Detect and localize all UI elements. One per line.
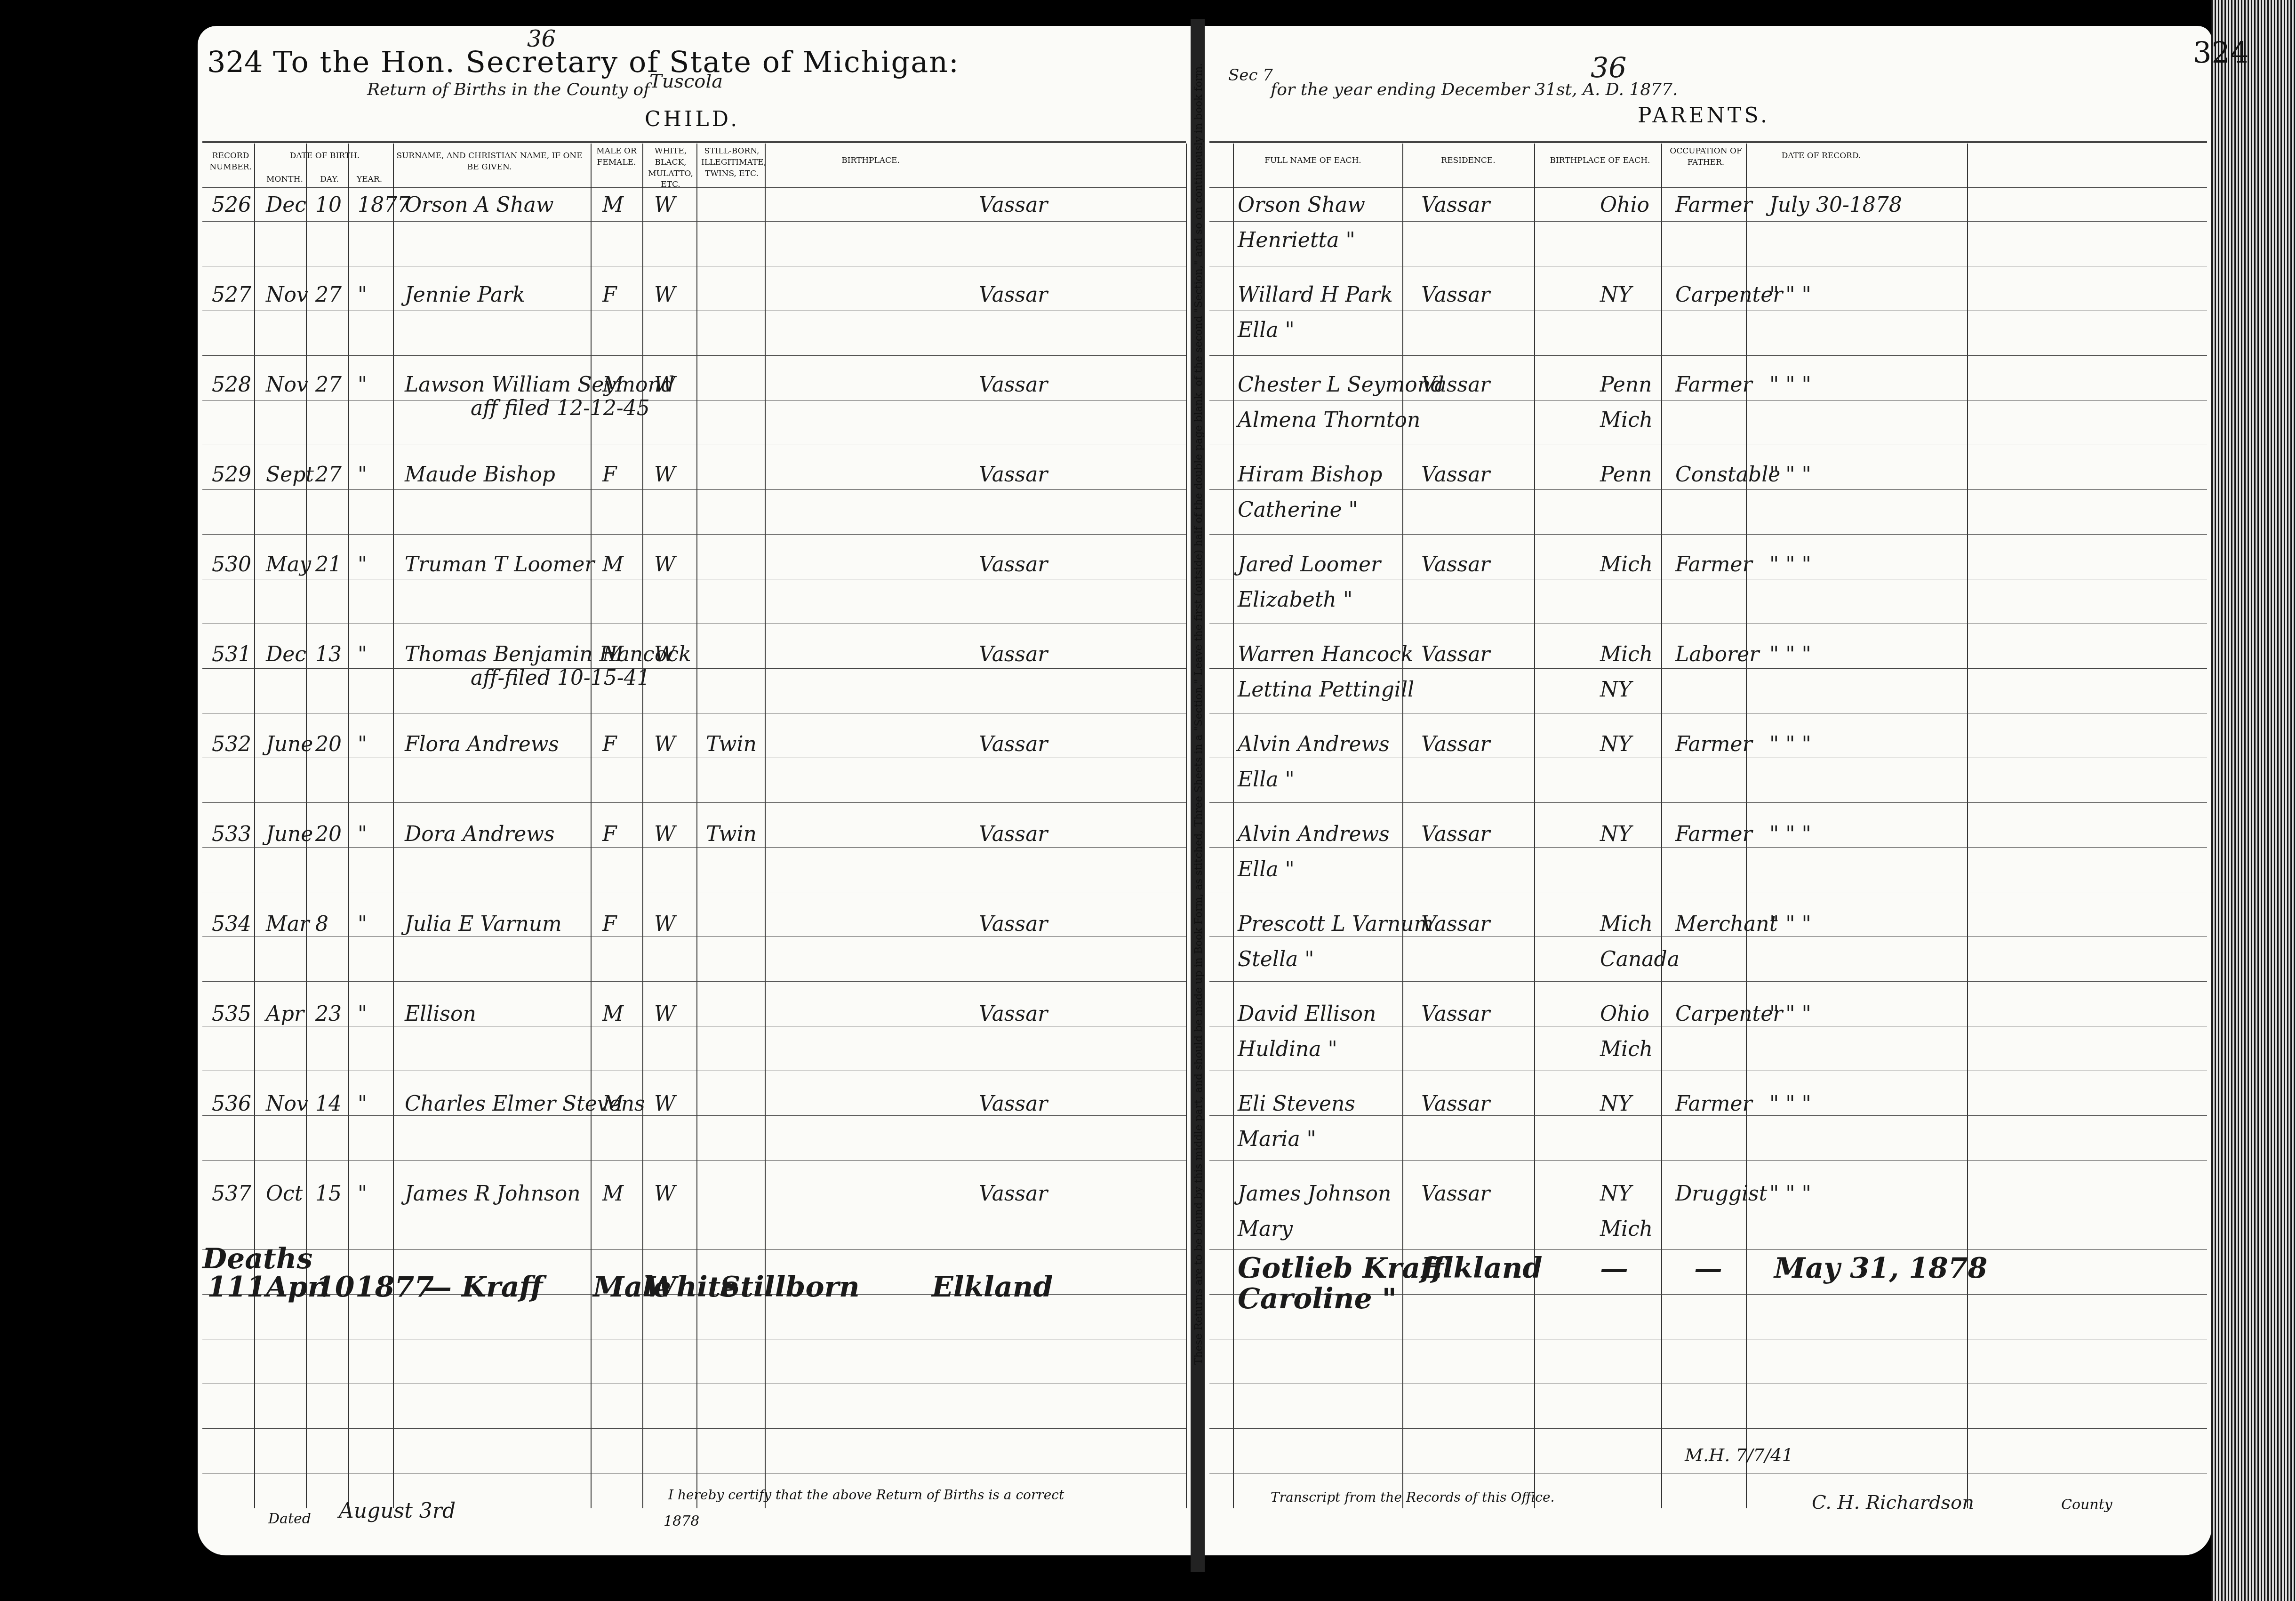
birth-month: Nov (266, 283, 308, 307)
birth-day: 13 (315, 642, 342, 666)
ruled-line (202, 1071, 1186, 1071)
ruled-line (1209, 668, 2207, 669)
ruled-line (202, 758, 1186, 758)
child-race: W (654, 1002, 675, 1026)
child-section-title: CHILD. (645, 107, 740, 131)
col-surname: Surname, and Christian Name, if one be g… (395, 151, 584, 173)
date-of-record: " " " (1769, 373, 1811, 397)
county-label: Return of Births in the County of (367, 80, 649, 99)
ruled-line (1209, 937, 2207, 937)
birth-year: " (358, 283, 367, 307)
ruled-line (1209, 355, 2207, 356)
birth-month: Dec (266, 193, 306, 217)
mother-name: Elizabeth " (1238, 588, 1352, 612)
mother-name: Stella " (1238, 947, 1314, 971)
parents-residence: Vassar (1421, 912, 1490, 936)
record-number: 527 (212, 283, 251, 307)
binding-instructions: These Returns are to be bound by this mi… (1193, 235, 1205, 1365)
record-number: 529 (212, 463, 251, 487)
birth-year: 1877 (358, 193, 410, 217)
col-date-of-record: Date of Record. (1751, 151, 1892, 162)
affidavit-note: aff filed 12-12-45 (471, 396, 650, 420)
ruled-line (1209, 1473, 2207, 1473)
child-race: W (654, 912, 675, 936)
birth-year: " (358, 1182, 367, 1206)
mother-birthplace: Canada (1600, 947, 1680, 971)
mother-birthplace: Mich (1600, 1037, 1653, 1061)
parents-residence: Vassar (1421, 732, 1490, 756)
father-name: Alvin Andrews (1238, 732, 1390, 756)
date-of-record: " " " (1769, 732, 1811, 756)
ruled-line (1209, 981, 2207, 982)
parents-residence: Vassar (1421, 1182, 1490, 1206)
child-sex: M (602, 1182, 624, 1206)
ruled-line (202, 668, 1186, 669)
ruled-line (202, 1249, 1186, 1250)
death-year: 1877 (355, 1271, 434, 1304)
child-sex: F (602, 283, 617, 307)
margin-note: Sec 7 (1228, 66, 1273, 85)
father-birthplace: Mich (1600, 912, 1653, 936)
col-date-of-birth: Date of Birth. (264, 151, 386, 162)
birth-day: 8 (315, 912, 328, 936)
ruled-line (202, 713, 1186, 713)
child-name: Maude Bishop (405, 463, 555, 487)
parents-residence: Vassar (1421, 1002, 1490, 1026)
birth-year: " (358, 373, 367, 397)
column-divider (642, 144, 643, 1508)
ruled-line (1209, 400, 2207, 400)
col-year: Year. (353, 174, 386, 185)
child-name: Thomas Benjamin Hancock (405, 642, 691, 666)
father-occupation: Constable (1675, 463, 1780, 487)
column-divider (1534, 144, 1535, 1508)
birth-day: 10 (315, 193, 342, 217)
birth-month: Mar (266, 912, 309, 936)
father-birthplace: NY (1600, 283, 1632, 307)
father-birthplace: NY (1600, 822, 1632, 846)
birth-day: 20 (315, 732, 342, 756)
child-status: Twin (706, 732, 757, 756)
ruled-line (202, 400, 1186, 400)
father-birthplace: NY (1600, 1092, 1632, 1116)
mother-birthplace: Mich (1600, 408, 1653, 432)
child-race: W (654, 1182, 675, 1206)
child-race: W (654, 463, 675, 487)
child-sex: M (602, 1092, 624, 1116)
date-of-record: " " " (1769, 642, 1811, 666)
date-of-record: " " " (1769, 822, 1811, 846)
parents-residence: Vassar (1421, 642, 1490, 666)
col-birthplace: Birthplace. (800, 155, 941, 167)
death-birthplace: Elkland (932, 1271, 1053, 1304)
record-number: 530 (212, 552, 251, 576)
mother-name: Henrietta " (1238, 228, 1355, 252)
col-month: Month. (264, 174, 306, 185)
record-number: 526 (212, 193, 251, 217)
record-number: 533 (212, 822, 251, 846)
header-bottom-rule (202, 187, 1186, 188)
ruled-line (202, 355, 1186, 356)
mother-name: Mary (1238, 1217, 1293, 1241)
child-birthplace: Vassar (979, 193, 1048, 217)
ruled-line (1209, 489, 2207, 490)
child-sex: M (602, 1002, 624, 1026)
birth-year: " (358, 912, 367, 936)
child-birthplace: Vassar (979, 283, 1048, 307)
footer-annotation: M.H. 7/7/41 (1685, 1445, 1793, 1465)
ruled-line (1209, 1428, 2207, 1429)
father-birthplace: NY (1600, 732, 1632, 756)
child-birthplace: Vassar (979, 552, 1048, 576)
col-race: White, Black, Mulatto, Etc. (645, 146, 696, 191)
child-race: W (654, 732, 675, 756)
record-number: 536 (212, 1092, 251, 1116)
birth-day: 21 (315, 552, 342, 576)
father-occupation: Carpenter (1675, 283, 1783, 307)
mother-name: Lettina Pettingill (1238, 678, 1414, 702)
parents-residence: Vassar (1421, 822, 1490, 846)
parents-section-title: PARENTS. (1638, 104, 1770, 128)
birth-day: 27 (315, 463, 342, 487)
father-name: Hiram Bishop (1238, 463, 1382, 487)
birth-year: " (358, 552, 367, 576)
mother-name: Almena Thornton (1238, 408, 1420, 432)
birth-day: 27 (315, 373, 342, 397)
child-sex: F (602, 912, 617, 936)
death-residence: Elkland (1421, 1252, 1542, 1285)
father-name: Warren Hancock (1238, 642, 1413, 666)
father-occupation: Farmer (1675, 1092, 1752, 1116)
ruled-line (202, 1026, 1186, 1026)
ruled-line (202, 221, 1186, 222)
child-birthplace: Vassar (979, 373, 1048, 397)
header-rule (202, 141, 1186, 143)
date-of-record: " " " (1769, 552, 1811, 576)
father-occupation: Carpenter (1675, 1002, 1783, 1026)
ruled-line (202, 311, 1186, 311)
ruled-line (202, 1384, 1186, 1384)
father-occupation: Farmer (1675, 822, 1752, 846)
footer-year: 1878 (664, 1513, 699, 1529)
father-occupation: Laborer (1675, 642, 1759, 666)
ruled-line (202, 937, 1186, 937)
col-occupation: Occupation of Father. (1666, 146, 1746, 168)
father-name: Jared Loomer (1238, 552, 1381, 576)
column-divider (696, 144, 697, 1508)
child-sex: F (602, 463, 617, 487)
father-name: David Ellison (1238, 1002, 1376, 1026)
certify-statement: I hereby certify that the above Return o… (668, 1487, 1064, 1503)
birth-month: May (266, 552, 311, 576)
mother-name: Maria " (1238, 1127, 1316, 1151)
ruled-line (202, 1160, 1186, 1161)
mother-birthplace: NY (1600, 678, 1632, 702)
ruled-line (1209, 221, 2207, 222)
child-sex: F (602, 732, 617, 756)
dated-value: August 3rd (339, 1499, 456, 1523)
child-birthplace: Vassar (979, 912, 1048, 936)
ruled-line (202, 1339, 1186, 1339)
column-divider (591, 144, 592, 1508)
death-mother: Caroline " (1238, 1282, 1397, 1315)
child-race: W (654, 552, 675, 576)
child-sex: F (602, 822, 617, 846)
ruled-line (1209, 1160, 2207, 1161)
date-of-record: " " " (1769, 1092, 1811, 1116)
date-of-record: " " " (1769, 1182, 1811, 1206)
death-day: 10 (315, 1271, 355, 1304)
ruled-line (202, 802, 1186, 803)
child-name: Lawson William Seymond (405, 373, 674, 397)
ruled-line (1209, 534, 2207, 535)
child-race: W (654, 193, 675, 217)
child-race: W (654, 822, 675, 846)
father-name: James Johnson (1238, 1182, 1391, 1206)
parents-residence: Vassar (1421, 463, 1490, 487)
child-name: Jennie Park (405, 283, 525, 307)
column-divider (1186, 144, 1187, 1508)
father-birthplace: Ohio (1600, 1002, 1649, 1026)
father-name: Chester L Seymond (1238, 373, 1444, 397)
record-number: 535 (212, 1002, 251, 1026)
death-status: Stillborn (720, 1271, 860, 1304)
left-page-number: 324 (207, 45, 263, 79)
ruled-line (1209, 624, 2207, 624)
county-name: Tuscola (649, 71, 723, 92)
child-name: Truman T Loomer (405, 552, 594, 576)
birth-month: Nov (266, 373, 308, 397)
ruled-line (202, 624, 1186, 624)
child-name: James R Johnson (405, 1182, 581, 1206)
child-race: W (654, 283, 675, 307)
father-occupation: Merchant (1675, 912, 1777, 936)
birth-month: Nov (266, 1092, 308, 1116)
death-occupation: — (1694, 1252, 1722, 1285)
date-of-record: " " " (1769, 912, 1811, 936)
ruled-line (1209, 1339, 2207, 1339)
ruled-line (202, 892, 1186, 892)
parents-residence: Vassar (1421, 1092, 1490, 1116)
dated-label: Dated (268, 1511, 311, 1527)
col-sex: Male or Female. (593, 146, 640, 168)
father-name: Prescott L Varnum (1238, 912, 1433, 936)
mother-name: Ella " (1238, 857, 1295, 881)
child-sex: M (602, 373, 624, 397)
column-divider (1967, 144, 1968, 1508)
ruled-line (202, 489, 1186, 490)
birth-month: June (266, 822, 313, 846)
mother-name: Catherine " (1238, 498, 1358, 522)
mother-birthplace: Mich (1600, 1217, 1653, 1241)
birth-day: 23 (315, 1002, 342, 1026)
date-of-record: " " " (1769, 1002, 1811, 1026)
date-of-record: " " " (1769, 283, 1811, 307)
column-divider (393, 144, 394, 1508)
ruled-line (1209, 802, 2207, 803)
child-name: Dora Andrews (405, 822, 555, 846)
header-bottom-rule-right (1209, 187, 2207, 188)
ruled-line (202, 579, 1186, 579)
date-of-record: July 30-1878 (1769, 193, 1902, 217)
left-handwritten-number: 36 (527, 26, 556, 52)
birth-year: " (358, 732, 367, 756)
father-occupation: Farmer (1675, 552, 1752, 576)
child-name: Ellison (405, 1002, 476, 1026)
mother-name: Ella " (1238, 768, 1295, 792)
col-day: Day. (311, 174, 348, 185)
father-name: Willard H Park (1238, 283, 1393, 307)
birth-year: " (358, 1002, 367, 1026)
father-occupation: Farmer (1675, 193, 1752, 217)
child-birthplace: Vassar (979, 1182, 1048, 1206)
ruled-line (1209, 1026, 2207, 1026)
child-name: Julia E Varnum (405, 912, 562, 936)
column-divider (254, 144, 255, 1508)
column-divider (1661, 144, 1662, 1508)
column-divider (348, 144, 349, 1508)
col-parent-full-name: Full Name of Each. (1233, 155, 1393, 167)
child-race: W (654, 642, 675, 666)
child-name: Orson A Shaw (405, 193, 554, 217)
birth-month: Sept (266, 463, 314, 487)
father-birthplace: Ohio (1600, 193, 1649, 217)
ruled-line (1209, 445, 2207, 445)
father-name: Eli Stevens (1238, 1092, 1355, 1116)
birth-day: 27 (315, 283, 342, 307)
birth-year: " (358, 463, 367, 487)
ruled-line (1209, 1384, 2207, 1384)
record-number: 534 (212, 912, 251, 936)
mother-name: Huldina " (1238, 1037, 1337, 1061)
ruled-line (202, 266, 1186, 266)
col-parent-birthplace: Birthplace of Each. (1539, 155, 1661, 167)
column-divider (1402, 144, 1403, 1508)
father-occupation: Farmer (1675, 373, 1752, 397)
father-birthplace: Mich (1600, 552, 1653, 576)
year-ending-subtitle: for the year ending December 31st, A. D.… (1271, 80, 1678, 99)
father-birthplace: Penn (1600, 373, 1652, 397)
parents-residence: Vassar (1421, 552, 1490, 576)
left-page-title: To the Hon. Secretary of State of Michig… (273, 45, 960, 79)
ruled-line (1209, 758, 2207, 758)
child-name: Flora Andrews (405, 732, 559, 756)
record-number: 528 (212, 373, 251, 397)
child-birthplace: Vassar (979, 642, 1048, 666)
registrar-signature: C. H. Richardson (1812, 1492, 1974, 1513)
death-record-number: 111 (207, 1271, 266, 1304)
birth-day: 15 (315, 1182, 342, 1206)
ruled-line (202, 847, 1186, 848)
child-sex: M (602, 193, 624, 217)
record-number: 531 (212, 642, 251, 666)
death-father: Gotlieb Kraff (1238, 1252, 1444, 1285)
col-residence: Residence. (1407, 155, 1529, 167)
death-father-birthplace: — (1600, 1252, 1628, 1285)
record-number: 537 (212, 1182, 251, 1206)
birth-month: Apr (266, 1002, 304, 1026)
ruled-line (1209, 1249, 2207, 1250)
child-sex: M (602, 552, 624, 576)
parents-residence: Vassar (1421, 283, 1490, 307)
right-page-number: 324 (2193, 35, 2248, 70)
col-record-number: Record Number. (207, 151, 254, 173)
birth-month: Oct (266, 1182, 303, 1206)
child-race: W (654, 1092, 675, 1116)
father-name: Orson Shaw (1238, 193, 1365, 217)
child-sex: M (602, 642, 624, 666)
death-name: — Kraff (424, 1271, 543, 1304)
ruled-line (1209, 713, 2207, 713)
column-divider (765, 144, 766, 1508)
ruled-line (202, 445, 1186, 445)
father-birthplace: Mich (1600, 642, 1653, 666)
county-clerk-label: County (2061, 1497, 2112, 1513)
page-edges (2211, 0, 2296, 1601)
father-occupation: Druggist (1675, 1182, 1767, 1206)
column-divider (1233, 144, 1234, 1508)
date-of-record: " " " (1769, 463, 1811, 487)
father-birthplace: Penn (1600, 463, 1652, 487)
mother-name: Ella " (1238, 318, 1295, 342)
father-occupation: Farmer (1675, 732, 1752, 756)
ruled-line (202, 1428, 1186, 1429)
child-birthplace: Vassar (979, 1092, 1048, 1116)
ruled-line (1209, 266, 2207, 266)
birth-year: " (358, 822, 367, 846)
ruled-line (1209, 1071, 2207, 1071)
ruled-line (1209, 579, 2207, 579)
col-status: Still-Born, Illegitimate, Twins, Etc. (701, 146, 762, 179)
ruled-line (202, 534, 1186, 535)
ruled-line (202, 1473, 1186, 1473)
birth-month: June (266, 732, 313, 756)
child-birthplace: Vassar (979, 822, 1048, 846)
ruled-line (202, 981, 1186, 982)
birth-month: Dec (266, 642, 306, 666)
death-date-of-record: May 31, 1878 (1774, 1252, 1987, 1285)
birth-year: " (358, 642, 367, 666)
left-page (198, 26, 1191, 1555)
birth-day: 14 (315, 1092, 342, 1116)
ruled-line (1209, 892, 2207, 892)
father-birthplace: NY (1600, 1182, 1632, 1206)
parents-residence: Vassar (1421, 373, 1490, 397)
transcript-statement: Transcript from the Records of this Offi… (1271, 1489, 1554, 1505)
parents-residence: Vassar (1421, 193, 1490, 217)
ruled-line (1209, 311, 2207, 311)
birth-year: " (358, 1092, 367, 1116)
birth-day: 20 (315, 822, 342, 846)
child-race: W (654, 373, 675, 397)
header-rule-right (1209, 141, 2207, 143)
right-page (1205, 26, 2212, 1555)
father-name: Alvin Andrews (1238, 822, 1390, 846)
child-birthplace: Vassar (979, 1002, 1048, 1026)
record-number: 532 (212, 732, 251, 756)
child-birthplace: Vassar (979, 463, 1048, 487)
affidavit-note: aff-filed 10-15-41 (471, 666, 650, 690)
child-birthplace: Vassar (979, 732, 1048, 756)
ruled-line (1209, 847, 2207, 848)
child-status: Twin (706, 822, 757, 846)
